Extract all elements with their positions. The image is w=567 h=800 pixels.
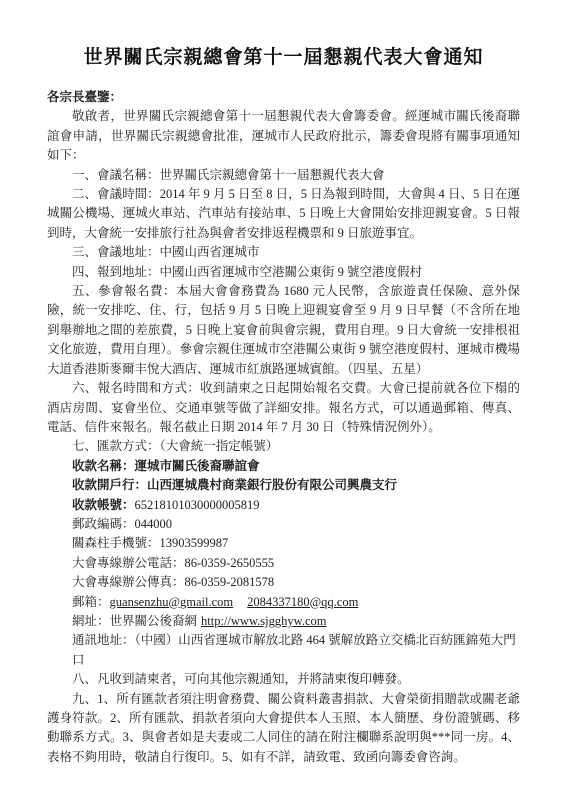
office-phone-line: 大會專線辦公電話：86-0359-2650555	[72, 554, 520, 573]
postcode-line: 郵政編碼：044000	[72, 515, 520, 534]
item-5-registration-fee: 五、參會報名費：本屆大會會務費為 1680 元人民幣，含旅遊責任保險、意外保險，…	[47, 282, 520, 379]
mobile-line: 關森柱手機號：13903599987	[72, 534, 520, 553]
item-1-meeting-name: 一、會議名稱：世界關氏宗親總會第十一屆懇親代表大會	[47, 166, 520, 185]
item-7-remittance-method: 七、匯款方式：（大會統一指定帳號）	[47, 437, 520, 456]
email-line: 郵箱：guansenzhu@gmail.com2084337180@qq.com	[72, 593, 520, 612]
office-phone-value: 86-0359-2650555	[185, 556, 275, 570]
mailing-address-line: 通訊地址：（中國）山西省運城市解放北路 464 號解放路立交橋北百紡匯錦苑大門口	[72, 631, 520, 670]
website-label: 網址：	[72, 614, 110, 628]
item-8-forward-invitation: 八、凡收到請柬者，可向其他宗親通知，并將請柬復印轉發。	[47, 670, 520, 689]
payee-name-line: 收款名稱：運城市關氏後裔聯誼會	[72, 457, 520, 476]
postcode-value: 044000	[135, 517, 173, 531]
salutation: 各宗長臺鑒：	[47, 88, 520, 107]
postcode-label: 郵政編碼：	[72, 517, 135, 531]
office-fax-label: 大會專線辦公傳真：	[72, 575, 185, 589]
intro-paragraph: 敬啟者，世界關氏宗親總會第十一屆懇親代表大會籌委會。經運城市關氏後裔聯誼會申請，…	[47, 107, 520, 165]
item-2-meeting-time: 二、會議時間：2014 年 9 月 5 日至 8 日，5 日為報到時間，大會與 …	[47, 185, 520, 243]
office-fax-value: 86-0359-2081578	[185, 575, 275, 589]
email-label: 郵箱：	[72, 595, 110, 609]
payee-bank-line: 收款開戶行：山西運城農村商業銀行股份有限公司興農支行	[72, 476, 520, 495]
email-link-gmail[interactable]: guansenzhu@gmail.com	[110, 595, 234, 609]
email-link-qq[interactable]: 2084337180@qq.com	[247, 595, 358, 609]
payee-bank-label: 收款開戶行：	[72, 478, 147, 492]
item-3-meeting-address: 三、會議地址：中國山西省運城市	[47, 243, 520, 262]
payee-bank-value: 山西運城農村商業銀行股份有限公司興農支行	[147, 478, 397, 492]
account-number-value: 65218101030000005819	[135, 498, 260, 512]
page-title: 世界關氏宗親總會第十一屆懇親代表大會通知	[47, 45, 520, 71]
item-9-remittance-notes: 九、1、所有匯款者須注明會務費、關公資料叢書捐款、大會榮銜捐贈款或關老爺護身符款…	[47, 690, 520, 768]
payee-name-value: 運城市關氏後裔聯誼會	[135, 459, 260, 473]
item-6-registration-method: 六、報名時間和方式：收到請柬之日起開始報名交費。大會已提前就各位下榻的酒店房間、…	[47, 379, 520, 437]
mailing-address-label: 通訊地址：	[72, 633, 135, 647]
account-number-label: 收款帳號：	[72, 498, 135, 512]
account-number-line: 收款帳號：65218101030000005819	[72, 496, 520, 515]
item-4-checkin-address: 四、報到地址：中國山西省運城市空港關公東街 9 號空港度假村	[47, 263, 520, 282]
office-phone-label: 大會專線辦公電話：	[72, 556, 185, 570]
mobile-label: 關森柱手機號：	[72, 536, 160, 550]
office-fax-line: 大會專線辦公傳真：86-0359-2081578	[72, 573, 520, 592]
notice-document: 世界關氏宗親總會第十一屆懇親代表大會通知 各宗長臺鑒： 敬啟者，世界關氏宗親總會…	[0, 0, 567, 800]
website-link[interactable]: http://www.sjgghyw.com	[201, 614, 326, 628]
mobile-value: 13903599987	[160, 536, 229, 550]
payee-name-label: 收款名稱：	[72, 459, 135, 473]
website-line: 網址：世界關公後裔網http://www.sjgghyw.com	[72, 612, 520, 631]
website-name: 世界關公後裔網	[110, 614, 198, 628]
mailing-address-value: （中國）山西省運城市解放北路 464 號解放路立交橋北百紡匯錦苑大門口	[72, 633, 516, 666]
